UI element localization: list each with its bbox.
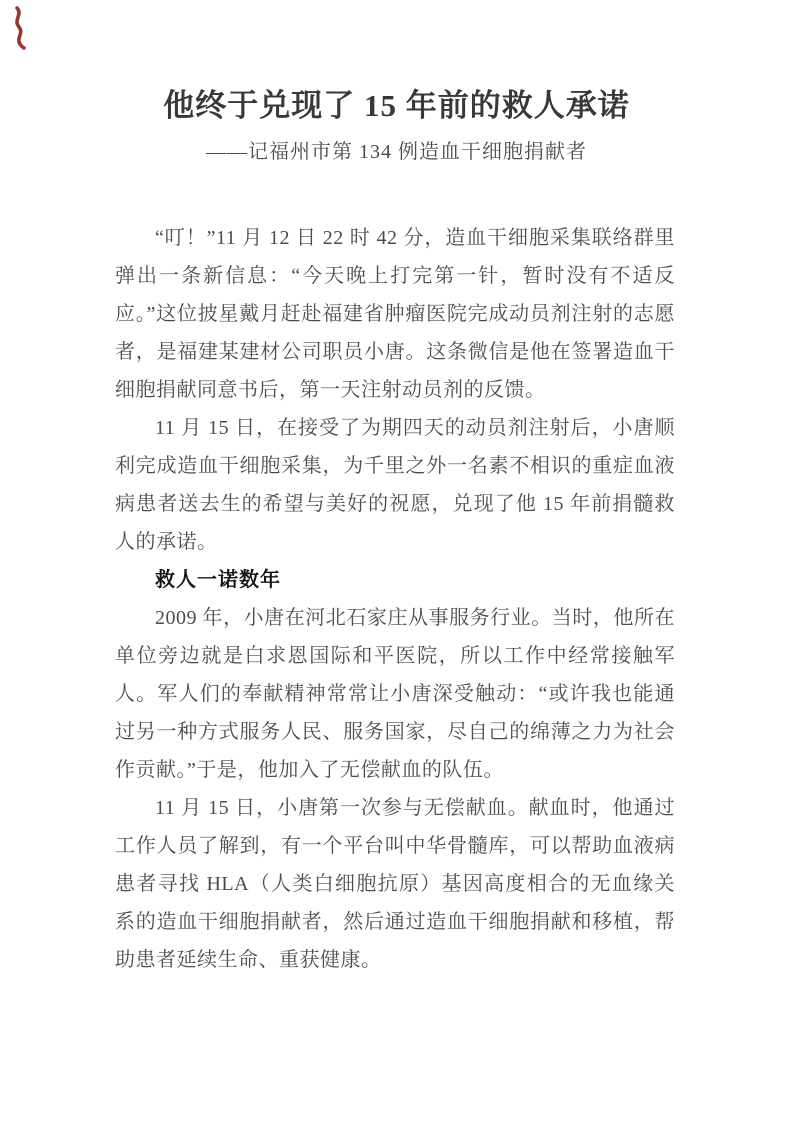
paragraph: 11 月 15 日，在接受了为期四天的动员剂注射后，小唐顺利完成造血干细胞采集，… [115, 409, 675, 561]
section-heading: 救人一诺数年 [115, 561, 675, 599]
article-subtitle: ——记福州市第 134 例造血干细胞捐献者 [0, 140, 793, 164]
article-body: “叮！”11 月 12 日 22 时 42 分，造血干细胞采集联络群里弹出一条新… [115, 219, 675, 979]
article-title: 他终于兑现了 15 年前的救人承诺 [0, 88, 793, 124]
paragraph: “叮！”11 月 12 日 22 时 42 分，造血干细胞采集联络群里弹出一条新… [115, 219, 675, 409]
paragraph: 11 月 15 日，小唐第一次参与无偿献血。献血时，他通过工作人员了解到，有一个… [115, 789, 675, 979]
document-page: 他终于兑现了 15 年前的救人承诺 ——记福州市第 134 例造血干细胞捐献者 … [0, 0, 793, 1122]
paragraph: 2009 年，小唐在河北石家庄从事服务行业。当时，他所在单位旁边就是白求恩国际和… [115, 599, 675, 789]
red-ink-scribble-icon [8, 5, 30, 51]
